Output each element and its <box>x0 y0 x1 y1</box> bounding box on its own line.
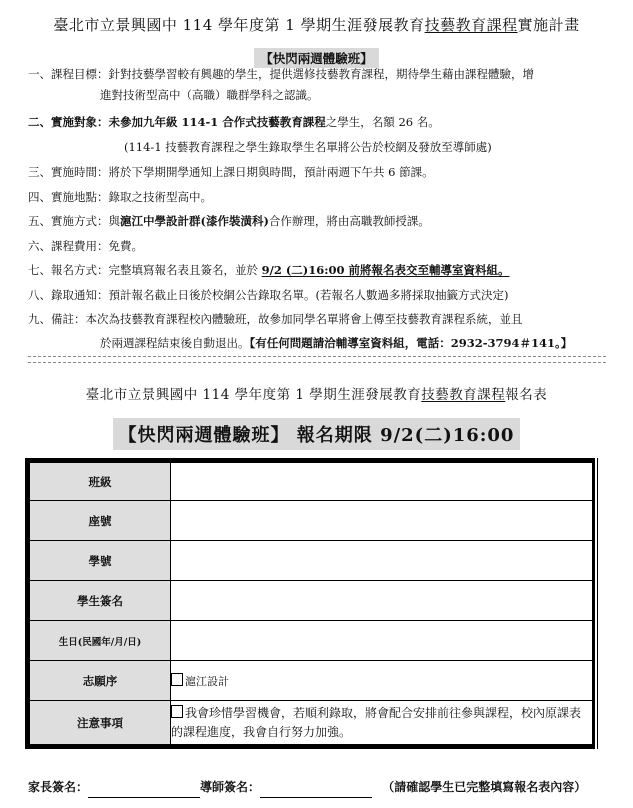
plan-title: 臺北市立景興國中 114 學年度第 1 學期生涯發展教育技藝教育課程實施計畫 <box>0 14 633 35</box>
preference-checkbox[interactable] <box>171 673 183 686</box>
table-row: 學生簽名 <box>28 581 594 621</box>
item-label: 八、錄取通知： <box>28 288 109 302</box>
notice-text: 我會珍惜學習機會，若順利錄取，將會配合安排前往參與課程，校內原課表的課程進度，我… <box>171 706 581 739</box>
signature-note: （請確認學生已完整填寫報名表內容） <box>382 780 586 794</box>
deadline-wrap: 【快閃兩週體驗班】 報名期限 9/2(二)16:00 <box>0 418 633 450</box>
item-text: 免費。 <box>109 239 144 253</box>
plan-item-remark: 九、備註：本次為技藝教育課程校內體驗班，故參加同學名單將會上傳至技藝教育課程系統… <box>28 311 523 328</box>
table-row: 生日(民國年/月/日) <box>28 621 594 661</box>
item-text: 預計報名截止日後於校網公告錄取名單。(若報名人數過多將採取抽籤方式決定) <box>109 288 509 302</box>
plan-item-objective-cont: 進對技術型高中（高職）職群學科之認識。 <box>100 87 319 103</box>
item-text-c: 之學生，名額 26 名。 <box>326 115 440 129</box>
table-row: 志願序 滬江設計 <box>28 661 594 701</box>
item-text-bold: 滬江中學設計群(漆作裝潢科) <box>120 214 269 228</box>
item-text-c: 合作辦理，將由高職教師授課。 <box>269 214 430 228</box>
item-text-bold: 9/2 (二)16:00 前將報名表交至輔導室資料組。 <box>262 263 510 277</box>
field-label-birthday: 生日(民國年/月/日) <box>28 621 171 661</box>
class-badge: 【快閃兩週體驗班】 <box>254 48 379 68</box>
table-row: 注意事項 我會珍惜學習機會，若順利錄取，將會配合安排前往參與課程，校內原課表的課… <box>28 701 594 747</box>
item-label: 三、實施時間： <box>28 165 109 179</box>
class-badge-wrap: 【快閃兩週體驗班】 <box>0 48 633 68</box>
field-label-class: 班級 <box>28 461 171 501</box>
plan-item-location: 四、實施地點：錄取之技術型高中。 <box>28 189 212 206</box>
separator <box>28 356 606 363</box>
table-row: 學號 <box>28 541 594 581</box>
item-label: 六、課程費用： <box>28 239 109 253</box>
plan-item-method: 五、實施方式：與滬江中學設計群(漆作裝潢科)合作辦理，將由高職教師授課。 <box>28 213 430 230</box>
plan-item-remark-cont: 於兩週課程結束後自動退出。【有任何問題請洽輔導室資料組，電話：2932-3794… <box>100 335 572 351</box>
item-label: 四、實施地點： <box>28 190 109 204</box>
field-label-seat: 座號 <box>28 501 171 541</box>
notice-agreement: 我會珍惜學習機會，若順利錄取，將會配合安排前往參與課程，校內原課表的課程進度，我… <box>171 701 594 747</box>
form-title: 臺北市立景興國中 114 學年度第 1 學期生涯發展教育技藝教育課程報名表 <box>0 383 633 403</box>
item-text: 將於下學期開學通知上課日期與時間，預計兩週下午共 6 節課。 <box>109 165 434 179</box>
item-cont-bold: 【有任何問題請洽輔導室資料組，電話：2932-3794＃141。】 <box>250 336 573 350</box>
field-input-seat[interactable] <box>171 501 594 541</box>
field-label-preference: 志願序 <box>28 661 171 701</box>
field-input-birthday[interactable] <box>171 621 594 661</box>
field-label-notice: 注意事項 <box>28 701 171 747</box>
teacher-signature-label: 導師簽名： <box>200 780 260 794</box>
table-row: 座號 <box>28 501 594 541</box>
item-label: 五、實施方式： <box>28 214 109 228</box>
preference-option: 滬江設計 <box>171 661 594 701</box>
plan-title-suffix: 實施計畫 <box>518 16 580 34</box>
plan-title-prefix: 臺北市立景興國中 114 學年度第 1 學期生涯發展教育 <box>53 16 424 34</box>
parent-signature-label: 家長簽名： <box>28 780 88 794</box>
plan-item-objective: 一、課程目標：針對技藝學習較有興趣的學生，提供選修技藝教育課程，期待學生藉由課程… <box>28 66 534 83</box>
item-text-a: 與 <box>109 214 121 228</box>
notice-checkbox[interactable] <box>171 705 183 718</box>
item-text-a: 未參加 <box>109 115 144 129</box>
teacher-signature-field[interactable] <box>260 783 372 798</box>
plan-item-fee: 六、課程費用：免費。 <box>28 238 143 255</box>
form-title-underlined: 技藝教育課程 <box>421 387 505 403</box>
item-text: 針對技藝學習較有興趣的學生，提供選修技藝教育課程，期待學生藉由課程體驗，增 <box>109 67 535 81</box>
item-text-a: 完整填寫報名表且簽名，並於 <box>109 263 262 277</box>
item-label: 七、報名方式： <box>28 263 109 277</box>
item-text-bold: 九年級 114-1 合作式技藝教育課程 <box>143 115 326 129</box>
parent-signature-field[interactable] <box>88 783 200 798</box>
form-title-prefix: 臺北市立景興國中 114 學年度第 1 學期生涯發展教育 <box>86 387 422 403</box>
signature-line: 家長簽名： 導師簽名： （請確認學生已完整填寫報名表內容） <box>28 778 586 798</box>
form-title-suffix: 報名表 <box>505 387 547 403</box>
field-input-class[interactable] <box>171 461 594 501</box>
field-label-student-id: 學號 <box>28 541 171 581</box>
field-input-student-signature[interactable] <box>171 581 594 621</box>
item-cont-a: 於兩週課程結束後自動退出。 <box>100 336 250 350</box>
field-label-student-signature: 學生簽名 <box>28 581 171 621</box>
deadline-banner: 【快閃兩週體驗班】 報名期限 9/2(二)16:00 <box>113 418 521 450</box>
item-text: 本次為技藝教育課程校內體驗班，故參加同學名單將會上傳至技藝教育課程系統，並且 <box>86 312 523 326</box>
plan-item-target: 二、實施對象：未參加九年級 114-1 合作式技藝教育課程之學生，名額 26 名… <box>28 114 440 131</box>
plan-item-time: 三、實施時間：將於下學期開學通知上課日期與時間，預計兩週下午共 6 節課。 <box>28 164 434 181</box>
registration-form-table: 班級 座號 學號 學生簽名 生日(民國年/月/日) 志願序 滬江設計 注意事項 … <box>25 458 595 749</box>
item-label: 九、備註： <box>28 312 86 326</box>
table-row: 班級 <box>28 461 594 501</box>
item-label: 一、課程目標： <box>28 67 109 81</box>
plan-item-registration: 七、報名方式：完整填寫報名表且簽名，並於 9/2 (二)16:00 前將報名表交… <box>28 262 510 279</box>
item-text: 錄取之技術型高中。 <box>109 190 213 204</box>
preference-option-label: 滬江設計 <box>185 675 229 688</box>
plan-item-target-cont: (114-1 技藝教育課程之學生錄取學生名單將公告於校網及發放至導師處) <box>124 139 492 155</box>
plan-item-notice: 八、錄取通知：預計報名截止日後於校網公告錄取名單。(若報名人數過多將採取抽籤方式… <box>28 287 508 304</box>
field-input-student-id[interactable] <box>171 541 594 581</box>
plan-title-underlined: 技藝教育課程 <box>425 16 518 34</box>
item-label: 二、實施對象： <box>28 115 109 129</box>
